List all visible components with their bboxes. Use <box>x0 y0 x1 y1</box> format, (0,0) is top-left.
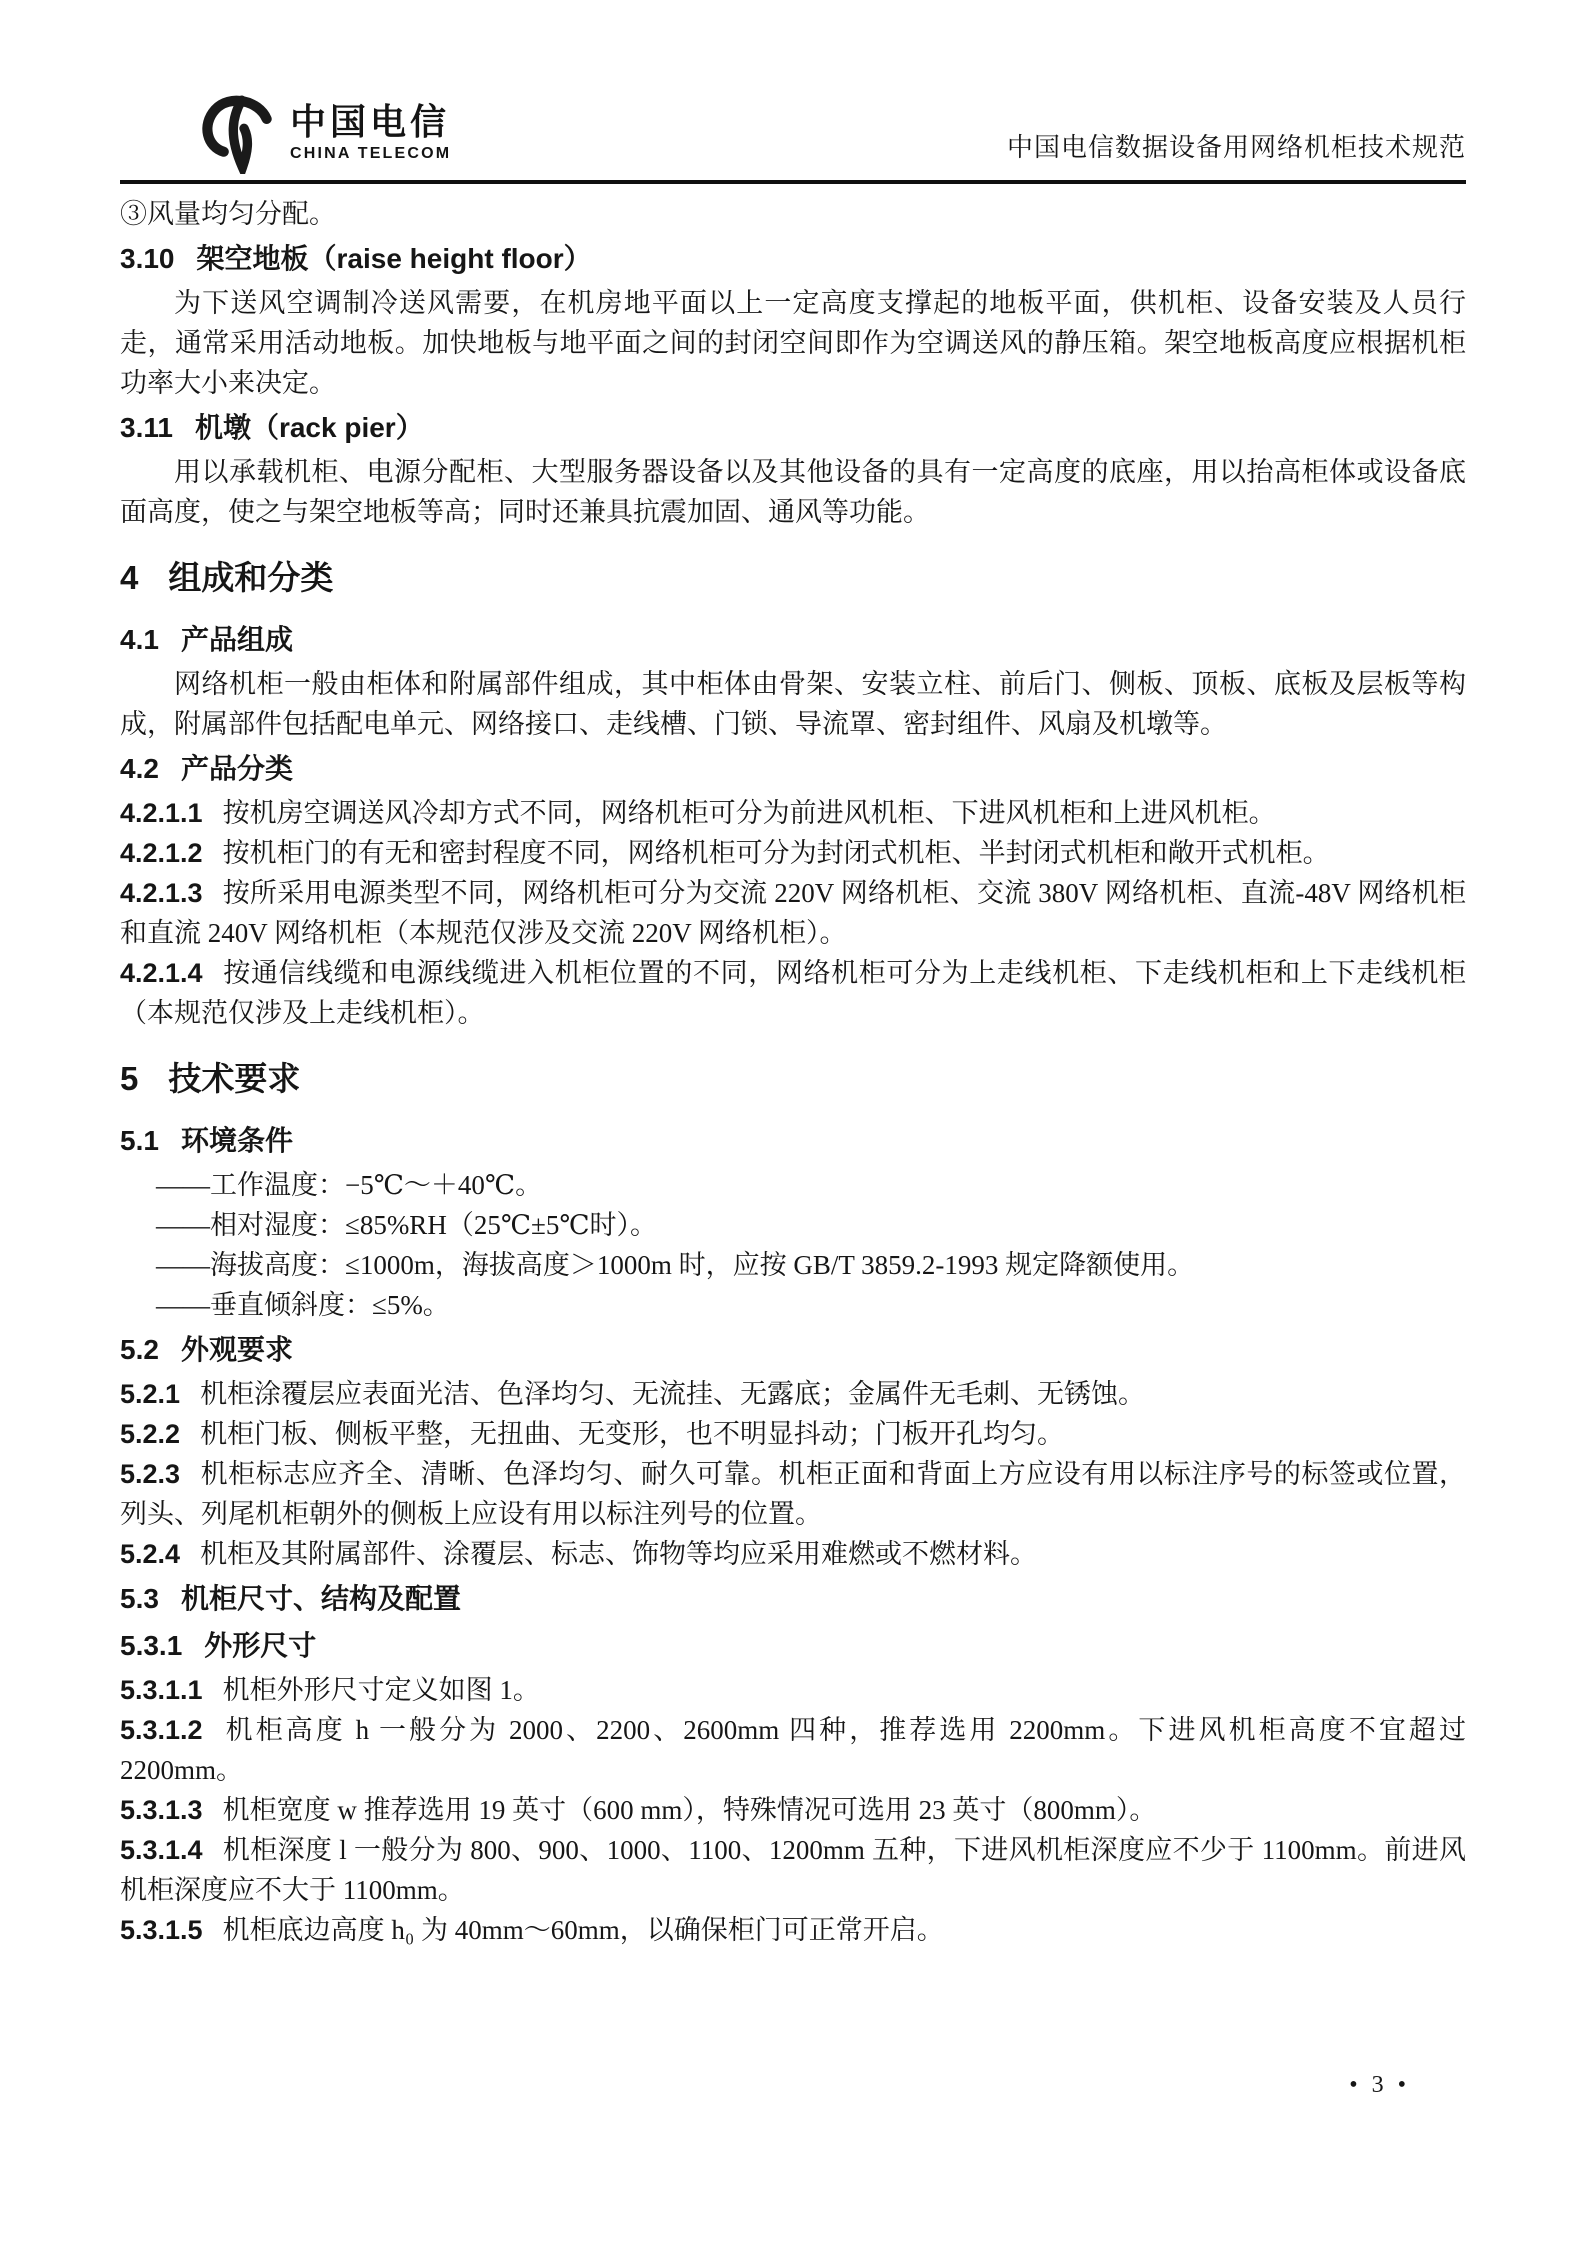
clause-number: 5.3.1.4 <box>120 1835 203 1865</box>
paragraph-product-composition: 网络机柜一般由柜体和附属部件组成，其中柜体由骨架、安装立柱、前后门、侧板、顶板、… <box>120 664 1466 744</box>
clause-text: 按机房空调送风冷却方式不同，网络机柜可分为前进风机柜、下进风机柜和上进风机柜。 <box>223 798 1276 828</box>
document-page: 中国电信 CHINA TELECOM 中国电信数据设备用网络机柜技术规范 ③风量… <box>0 0 1586 2244</box>
clause-text: 机柜底边高度 h₀ 为 40mm～60mm，以确保柜门可正常开启。 <box>223 1915 944 1945</box>
clause-4-2-1-1: 4.2.1.1按机房空调送风冷却方式不同，网络机柜可分为前进风机柜、下进风机柜和… <box>120 793 1466 833</box>
clause-text: 机柜及其附属部件、涂覆层、标志、饰物等均应采用难燃或不燃材料。 <box>200 1539 1037 1569</box>
page-header: 中国电信 CHINA TELECOM 中国电信数据设备用网络机柜技术规范 <box>120 0 1466 184</box>
heading-4-1: 4.1产品组成 <box>120 618 1466 662</box>
chapter-5-heading: 5技术要求 <box>120 1057 1466 1101</box>
heading-title: 外形尺寸 <box>204 1630 316 1661</box>
heading-5-2: 5.2外观要求 <box>120 1328 1466 1372</box>
clause-number: 5.2.2 <box>120 1419 180 1449</box>
clause-text: 机柜高度 h 一般分为 2000、2200、2600mm 四种，推荐选用 220… <box>120 1715 1466 1785</box>
heading-title: 产品组成 <box>181 624 293 655</box>
clause-text: 机柜深度 l 一般分为 800、900、1000、1100、1200mm 五种，… <box>120 1835 1466 1905</box>
clause-5-3-1-1: 5.3.1.1机柜外形尺寸定义如图 1。 <box>120 1670 1466 1710</box>
clause-5-2-2: 5.2.2机柜门板、侧板平整，无扭曲、无变形，也不明显抖动；门板开孔均匀。 <box>120 1414 1466 1454</box>
heading-number: 5.1 <box>120 1125 159 1156</box>
heading-title: 架空地板（raise height floor） <box>197 243 592 274</box>
clause-number: 5.3.1.1 <box>120 1675 203 1705</box>
heading-number: 3.10 <box>120 243 175 274</box>
heading-5-1: 5.1环境条件 <box>120 1119 1466 1163</box>
env-condition-altitude: ——海拔高度：≤1000m，海拔高度＞1000m 时，应按 GB/T 3859.… <box>120 1245 1466 1285</box>
heading-number: 5.3.1 <box>120 1630 182 1661</box>
clause-number: 5.2.4 <box>120 1539 180 1569</box>
airflow-note: ③风量均匀分配。 <box>120 194 1466 234</box>
heading-number: 3.11 <box>120 412 173 443</box>
clause-text: 机柜涂覆层应表面光洁、色泽均匀、无流挂、无露底；金属件无毛刺、无锈蚀。 <box>200 1379 1145 1409</box>
logo-en-text: CHINA TELECOM <box>290 146 451 162</box>
heading-number: 4.1 <box>120 624 159 655</box>
china-telecom-logo: 中国电信 CHINA TELECOM <box>198 92 451 174</box>
heading-title: 技术要求 <box>168 1060 300 1097</box>
clause-number: 4.2.1.1 <box>120 798 203 828</box>
china-telecom-logo-icon <box>198 92 276 174</box>
heading-title: 组成和分类 <box>168 559 333 596</box>
heading-5-3-1: 5.3.1外形尺寸 <box>120 1624 1466 1668</box>
clause-5-3-1-4: 5.3.1.4机柜深度 l 一般分为 800、900、1000、1100、120… <box>120 1830 1466 1910</box>
doc-title: 中国电信数据设备用网络机柜技术规范 <box>1007 127 1466 174</box>
page-number: • 3 • <box>1349 2072 1410 2099</box>
heading-title: 环境条件 <box>181 1125 293 1156</box>
clause-number: 4.2.1.2 <box>120 838 203 868</box>
clause-text: 机柜宽度 w 推荐选用 19 英寸（600 mm），特殊情况可选用 23 英寸（… <box>223 1795 1157 1825</box>
clause-5-2-1: 5.2.1机柜涂覆层应表面光洁、色泽均匀、无流挂、无露底；金属件无毛刺、无锈蚀。 <box>120 1374 1466 1414</box>
clause-number: 4.2.1.4 <box>120 958 203 988</box>
clause-5-3-1-2: 5.3.1.2机柜高度 h 一般分为 2000、2200、2600mm 四种，推… <box>120 1710 1466 1790</box>
heading-number: 4.2 <box>120 753 159 784</box>
clause-4-2-1-2: 4.2.1.2按机柜门的有无和密封程度不同，网络机柜可分为封闭式机柜、半封闭式机… <box>120 833 1466 873</box>
heading-title: 机柜尺寸、结构及配置 <box>181 1583 461 1614</box>
clause-5-3-1-5: 5.3.1.5机柜底边高度 h₀ 为 40mm～60mm，以确保柜门可正常开启。 <box>120 1910 1466 1950</box>
clause-number: 5.3.1.5 <box>120 1915 203 1945</box>
heading-number: 4 <box>120 559 138 596</box>
clause-5-2-4: 5.2.4机柜及其附属部件、涂覆层、标志、饰物等均应采用难燃或不燃材料。 <box>120 1534 1466 1574</box>
clause-4-2-1-4: 4.2.1.4按通信线缆和电源线缆进入机柜位置的不同，网络机柜可分为上走线机柜、… <box>120 953 1466 1033</box>
clause-number: 5.3.1.2 <box>120 1715 203 1745</box>
clause-text: 机柜标志应齐全、清晰、色泽均匀、耐久可靠。机柜正面和背面上方应设有用以标注序号的… <box>120 1459 1466 1529</box>
heading-number: 5.3 <box>120 1583 159 1614</box>
heading-3-11: 3.11机墩（rack pier） <box>120 406 1466 450</box>
clause-text: 机柜门板、侧板平整，无扭曲、无变形，也不明显抖动；门板开孔均匀。 <box>200 1419 1064 1449</box>
heading-4-2: 4.2产品分类 <box>120 747 1466 791</box>
clause-5-2-3: 5.2.3机柜标志应齐全、清晰、色泽均匀、耐久可靠。机柜正面和背面上方应设有用以… <box>120 1454 1466 1534</box>
clause-number: 5.2.3 <box>120 1459 180 1489</box>
heading-number: 5 <box>120 1060 138 1097</box>
clause-text: 按所采用电源类型不同，网络机柜可分为交流 220V 网络机柜、交流 380V 网… <box>120 878 1466 948</box>
clause-number: 4.2.1.3 <box>120 878 203 908</box>
clause-text: 按机柜门的有无和密封程度不同，网络机柜可分为封闭式机柜、半封闭式机柜和敞开式机柜… <box>223 838 1330 868</box>
document-body: ③风量均匀分配。 3.10架空地板（raise height floor） 为下… <box>120 184 1466 1950</box>
heading-5-3: 5.3机柜尺寸、结构及配置 <box>120 1577 1466 1621</box>
clause-number: 5.2.1 <box>120 1379 180 1409</box>
clause-number: 5.3.1.3 <box>120 1795 203 1825</box>
paragraph-rack-pier: 用以承载机柜、电源分配柜、大型服务器设备以及其他设备的具有一定高度的底座，用以抬… <box>120 452 1466 532</box>
clause-4-2-1-3: 4.2.1.3按所采用电源类型不同，网络机柜可分为交流 220V 网络机柜、交流… <box>120 873 1466 953</box>
clause-text: 按通信线缆和电源线缆进入机柜位置的不同，网络机柜可分为上走线机柜、下走线机柜和上… <box>120 958 1466 1028</box>
chapter-4-heading: 4组成和分类 <box>120 556 1466 600</box>
env-condition-tilt: ——垂直倾斜度：≤5%。 <box>120 1285 1466 1325</box>
env-condition-temperature: ——工作温度：−5℃～＋40℃。 <box>120 1165 1466 1205</box>
logo-cn-text: 中国电信 <box>290 104 451 140</box>
heading-3-10: 3.10架空地板（raise height floor） <box>120 237 1466 281</box>
heading-number: 5.2 <box>120 1334 159 1365</box>
paragraph-raised-floor: 为下送风空调制冷送风需要，在机房地平面以上一定高度支撑起的地板平面，供机柜、设备… <box>120 283 1466 403</box>
env-condition-humidity: ——相对湿度：≤85%RH（25℃±5℃时）。 <box>120 1205 1466 1245</box>
heading-title: 产品分类 <box>181 753 293 784</box>
clause-text: 机柜外形尺寸定义如图 1。 <box>223 1675 540 1705</box>
heading-title: 机墩（rack pier） <box>195 412 424 443</box>
clause-5-3-1-3: 5.3.1.3机柜宽度 w 推荐选用 19 英寸（600 mm），特殊情况可选用… <box>120 1790 1466 1830</box>
logo-text: 中国电信 CHINA TELECOM <box>290 104 451 162</box>
heading-title: 外观要求 <box>181 1334 293 1365</box>
